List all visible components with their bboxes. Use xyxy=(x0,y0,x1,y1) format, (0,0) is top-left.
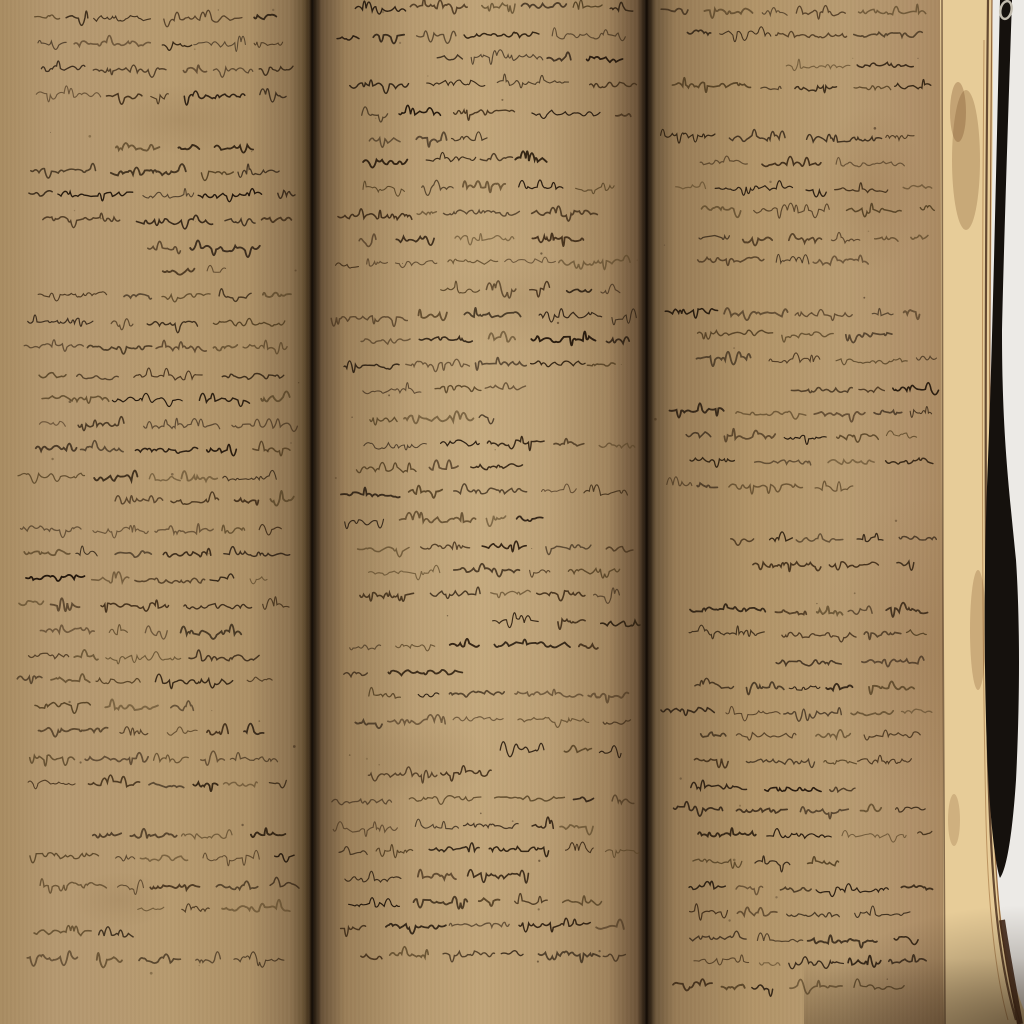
metal-clasp-icon xyxy=(999,0,1014,20)
left-page xyxy=(0,0,312,1024)
gutter-crease-left xyxy=(303,0,321,1024)
page-edge-line-icon xyxy=(990,0,1020,1022)
fore-edge-stain xyxy=(970,570,986,690)
fore-edge-stain xyxy=(950,82,966,142)
page-edge-line-icon xyxy=(986,0,1016,1020)
middle-page xyxy=(312,0,648,1024)
gutter-crease-right xyxy=(637,0,655,1024)
page-edges-stack xyxy=(940,0,1024,1024)
page-edge-line-icon xyxy=(1002,920,1020,1024)
photo-background xyxy=(986,0,1024,1024)
open-notebook-photo xyxy=(0,0,1024,1024)
fore-edge-stain xyxy=(952,90,980,230)
right-page xyxy=(648,0,950,1024)
page-edge-line-icon xyxy=(982,40,1008,1020)
elastic-strap xyxy=(985,0,1019,878)
